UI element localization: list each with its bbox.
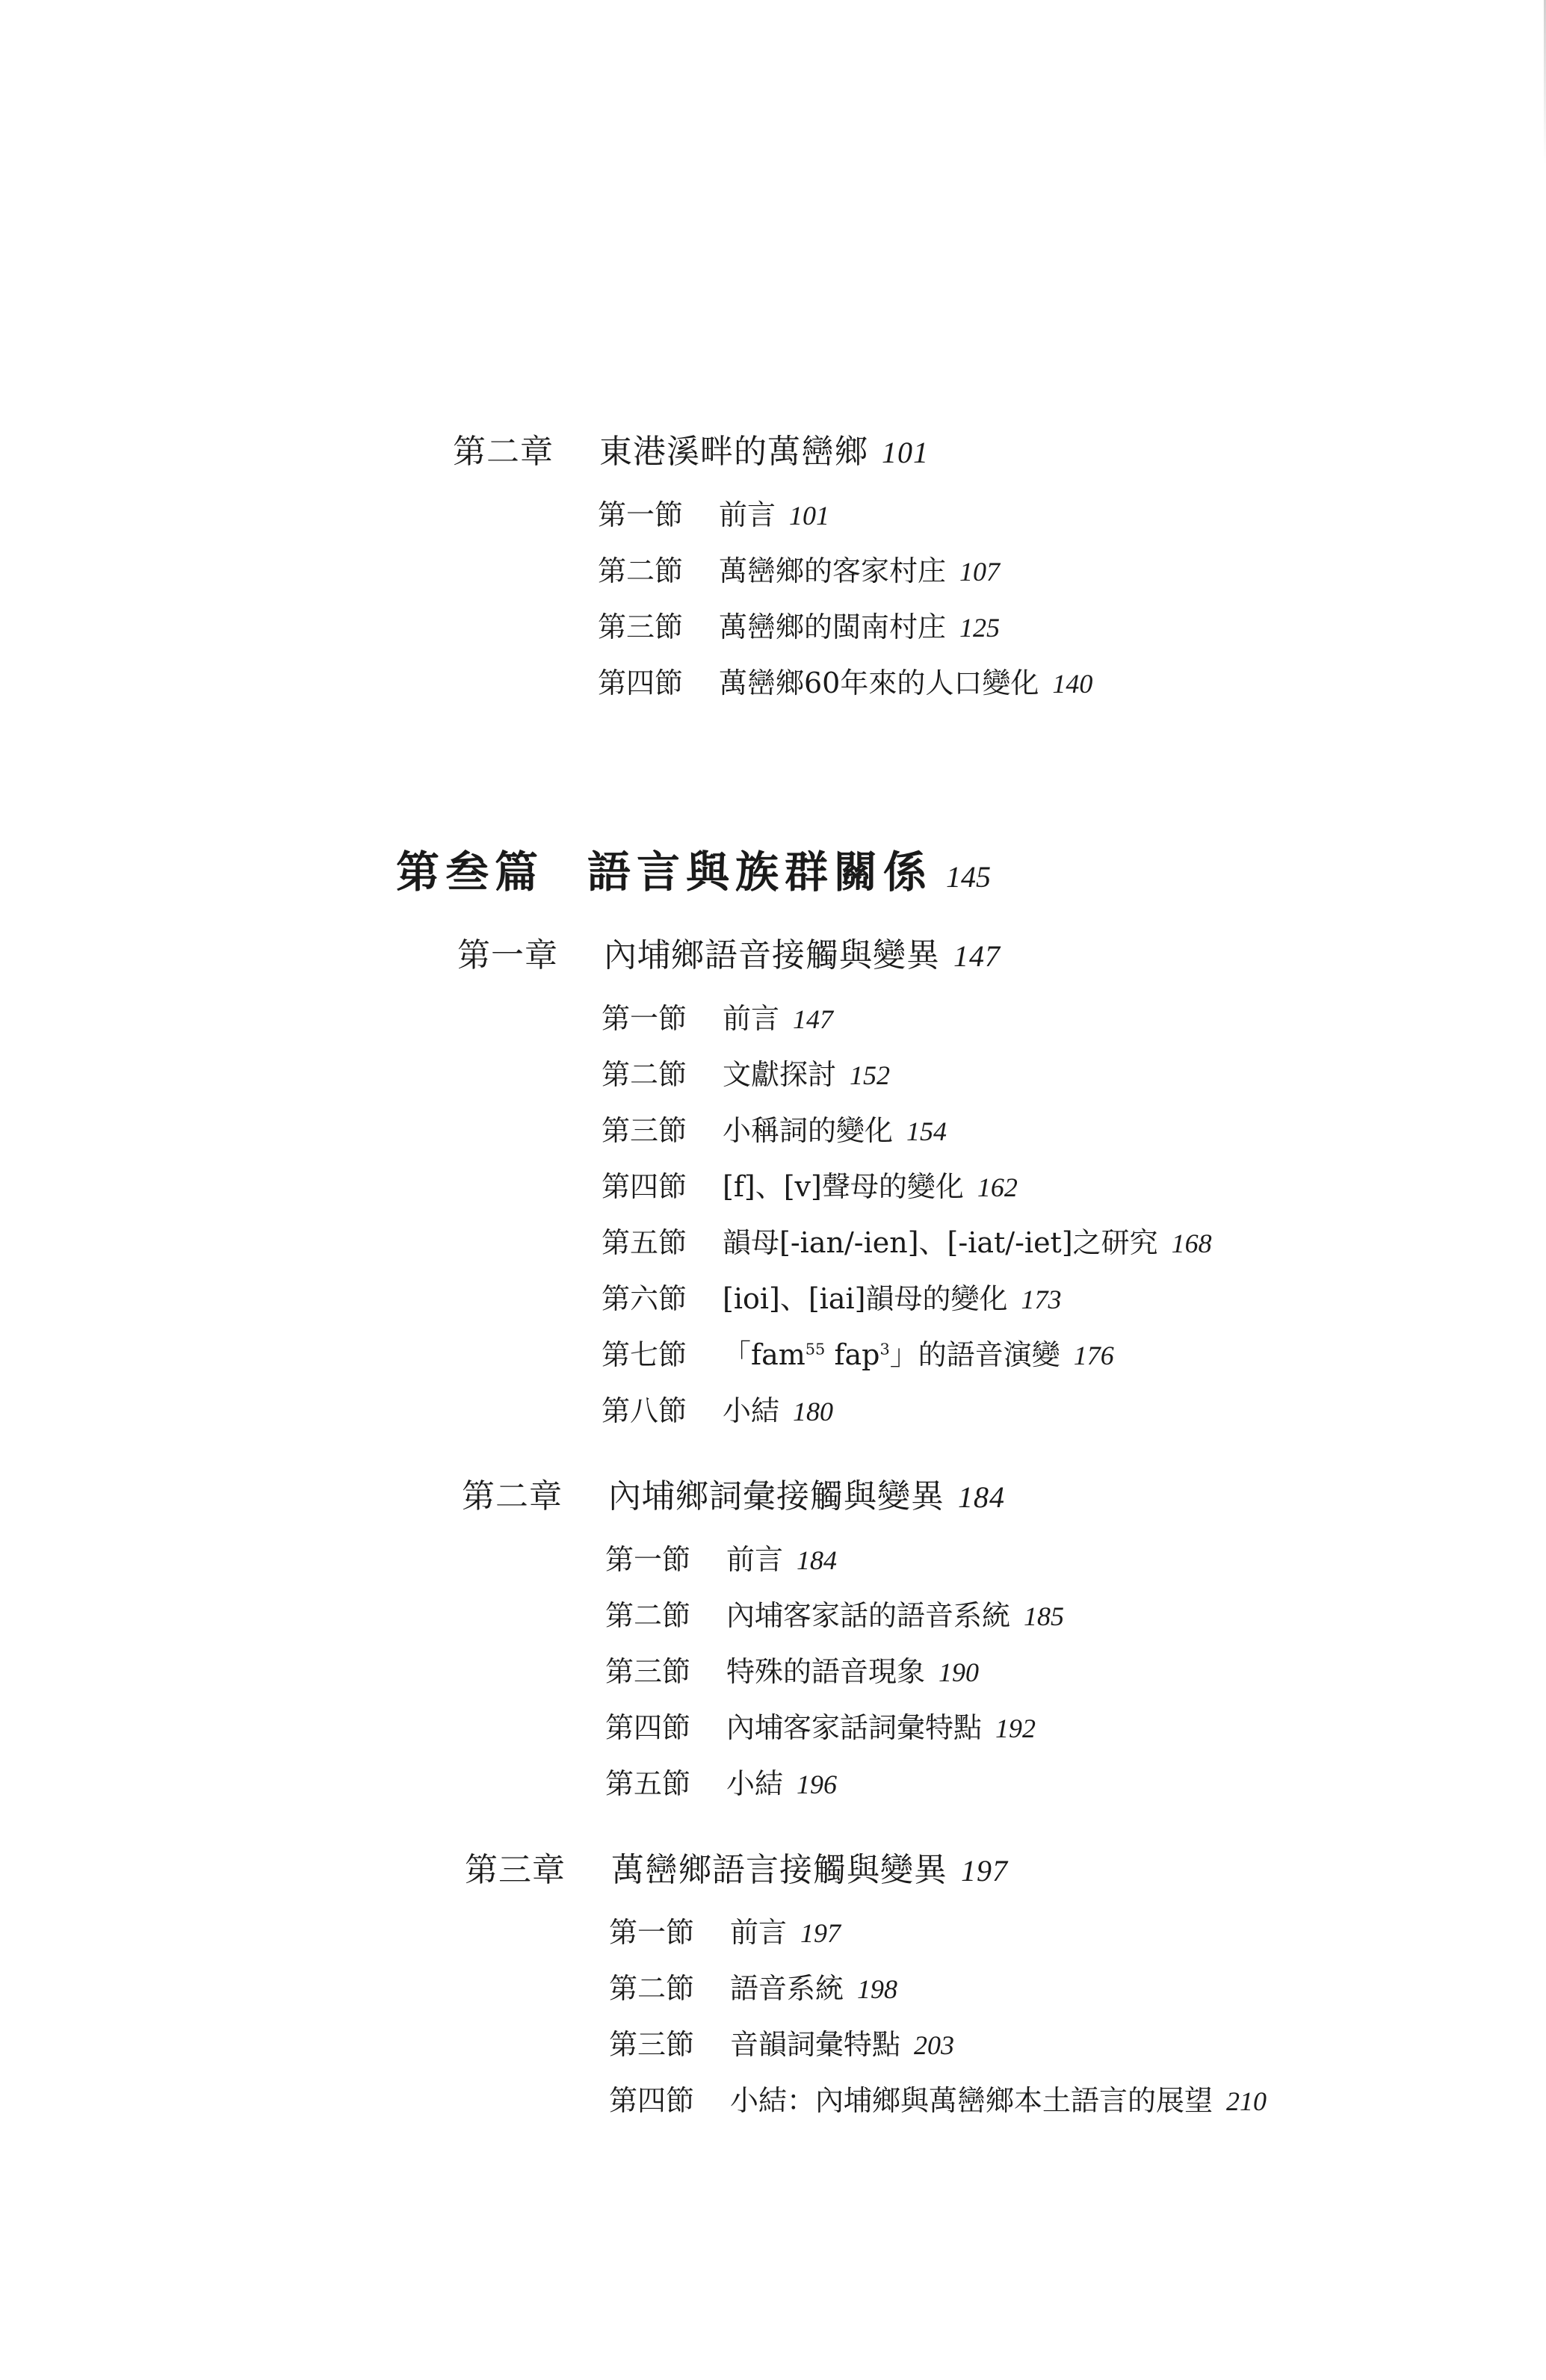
section-title: 小稱詞的變化 <box>723 1107 893 1149</box>
title-part: fap <box>825 1338 879 1371</box>
page-number: 203 <box>914 2030 954 2061</box>
page-number: 173 <box>1021 1284 1061 1315</box>
section-label: 第四節 <box>602 1163 723 1205</box>
toc-section[interactable]: 第一節 前言 197 <box>609 1909 841 1950</box>
section-label: 第一節 <box>598 492 719 533</box>
chapter-label: 第三章 <box>465 1843 611 1891</box>
chapter-label: 第二章 <box>462 1469 608 1517</box>
page-number: 210 <box>1226 2086 1267 2117</box>
toc-chapter[interactable]: 第一章 內埔鄉語音接觸與變異 147 <box>457 928 1001 976</box>
section-title: 特殊的語音現象 <box>726 1648 925 1690</box>
section-title: 「fam55 fap3」的語音演變 <box>723 1332 1060 1373</box>
section-title: 前言 <box>730 1909 787 1950</box>
section-title: 萬巒鄉的客家村庄 <box>719 548 946 589</box>
toc-section[interactable]: 第一節 前言 101 <box>598 492 829 533</box>
page-number: 176 <box>1074 1340 1114 1371</box>
page-number: 162 <box>977 1172 1018 1203</box>
toc-section[interactable]: 第六節 [ioi]、[iai]韻母的變化 173 <box>602 1276 1061 1317</box>
section-label: 第三節 <box>598 604 719 645</box>
page-number: 168 <box>1172 1228 1212 1259</box>
section-title: 萬巒鄉的閩南村庄 <box>719 604 946 645</box>
section-title: 韻母[-ian/-ien]、[-iat/-iet]之研究 <box>723 1220 1158 1261</box>
toc-section[interactable]: 第三節 特殊的語音現象 190 <box>605 1648 979 1690</box>
chapter-title: 內埔鄉語音接觸與變異 <box>604 928 940 976</box>
toc-section[interactable]: 第四節 [f]、[v]聲母的變化 162 <box>602 1163 1018 1205</box>
page-number: 196 <box>797 1769 837 1800</box>
toc-section[interactable]: 第二節 萬巒鄉的客家村庄 107 <box>598 548 1000 589</box>
toc-section[interactable]: 第四節 萬巒鄉60年來的人口變化 140 <box>598 660 1092 701</box>
section-title: 小結：內埔鄉與萬巒鄉本土語言的展望 <box>730 2077 1213 2118</box>
toc-section[interactable]: 第二節 內埔客家話的語音系統 185 <box>605 1592 1064 1633</box>
section-label: 第二節 <box>605 1592 726 1633</box>
page-number: 152 <box>850 1060 890 1091</box>
page-number: 185 <box>1024 1601 1064 1632</box>
section-title: [ioi]、[iai]韻母的變化 <box>723 1276 1007 1317</box>
section-label: 第二節 <box>609 1965 730 2006</box>
page-number: 145 <box>946 859 991 894</box>
page-number: 180 <box>793 1396 833 1427</box>
section-label: 第三節 <box>609 2021 730 2062</box>
section-label: 第三節 <box>605 1648 726 1690</box>
toc-section[interactable]: 第三節 音韻詞彙特點 203 <box>609 2021 954 2062</box>
section-label: 第一節 <box>609 1909 730 1950</box>
section-title: 內埔客家話詞彙特點 <box>726 1704 982 1746</box>
toc-section[interactable]: 第二節 文獻探討 152 <box>602 1051 890 1092</box>
page-number: 198 <box>857 1973 897 2005</box>
section-label: 第四節 <box>598 660 719 701</box>
tone-superscript: 55 <box>806 1340 826 1358</box>
tone-superscript: 3 <box>879 1340 889 1358</box>
section-label: 第四節 <box>609 2077 730 2118</box>
page-number: 197 <box>800 1917 841 1949</box>
toc-section[interactable]: 第一節 前言 184 <box>605 1536 837 1577</box>
page-number: 140 <box>1052 668 1092 699</box>
section-title: 小結 <box>726 1761 783 1802</box>
chapter-title: 東港溪畔的萬巒鄉 <box>599 424 868 472</box>
toc-section[interactable]: 第八節 小結 180 <box>602 1388 833 1429</box>
part-label: 第叁篇 <box>396 837 587 900</box>
section-label: 第七節 <box>602 1332 723 1373</box>
toc-chapter[interactable]: 第二章 東港溪畔的萬巒鄉 101 <box>453 424 929 472</box>
page-number: 197 <box>961 1853 1008 1888</box>
page-number: 107 <box>959 556 1000 587</box>
section-label: 第三節 <box>602 1107 723 1149</box>
section-label: 第五節 <box>605 1761 726 1802</box>
title-part: 「fam <box>723 1338 806 1371</box>
section-label: 第一節 <box>605 1536 726 1577</box>
toc-section[interactable]: 第一節 前言 147 <box>602 995 833 1036</box>
toc-section[interactable]: 第三節 小稱詞的變化 154 <box>602 1107 947 1149</box>
chapter-title: 內埔鄉詞彙接觸與變異 <box>608 1469 944 1517</box>
title-part: 」的語音演變 <box>890 1338 1060 1371</box>
section-title: [f]、[v]聲母的變化 <box>723 1163 964 1205</box>
toc-section[interactable]: 第二節 語音系統 198 <box>609 1965 897 2006</box>
toc-section[interactable]: 第四節 內埔客家話詞彙特點 192 <box>605 1704 1036 1746</box>
section-title: 小結 <box>723 1388 779 1429</box>
section-title: 音韻詞彙特點 <box>730 2021 900 2062</box>
section-label: 第二節 <box>602 1051 723 1092</box>
page-number: 192 <box>995 1713 1036 1744</box>
toc-section[interactable]: 第四節 小結：內埔鄉與萬巒鄉本土語言的展望 210 <box>609 2077 1267 2118</box>
page-number: 101 <box>882 435 929 470</box>
section-label: 第五節 <box>602 1220 723 1261</box>
section-title: 內埔客家話的語音系統 <box>726 1592 1010 1633</box>
chapter-title: 萬巒鄉語言接觸與變異 <box>611 1843 947 1891</box>
toc-chapter[interactable]: 第二章 內埔鄉詞彙接觸與變異 184 <box>462 1469 1005 1517</box>
toc-section[interactable]: 第三節 萬巒鄉的閩南村庄 125 <box>598 604 1000 645</box>
page-number: 147 <box>793 1004 833 1035</box>
part-title: 語言與族群關係 <box>587 837 933 900</box>
page-number: 190 <box>939 1657 979 1688</box>
section-title: 前言 <box>719 492 776 533</box>
section-title: 萬巒鄉60年來的人口變化 <box>719 660 1039 701</box>
section-title: 語音系統 <box>730 1965 844 2006</box>
section-label: 第四節 <box>605 1704 726 1746</box>
chapter-label: 第一章 <box>457 928 604 976</box>
section-title: 文獻探討 <box>723 1051 836 1092</box>
page-number: 101 <box>789 500 829 531</box>
page-number: 154 <box>906 1116 947 1147</box>
toc-section[interactable]: 第七節 「fam55 fap3」的語音演變 176 <box>602 1332 1114 1373</box>
section-title: 前言 <box>726 1536 783 1577</box>
page-number: 184 <box>958 1480 1005 1515</box>
toc-section[interactable]: 第五節 小結 196 <box>605 1761 837 1802</box>
toc-section[interactable]: 第五節 韻母[-ian/-ien]、[-iat/-iet]之研究 168 <box>602 1220 1212 1261</box>
chapter-label: 第二章 <box>453 424 599 472</box>
page-number: 125 <box>959 612 1000 643</box>
section-label: 第八節 <box>602 1388 723 1429</box>
section-label: 第一節 <box>602 995 723 1036</box>
section-title: 前言 <box>723 995 779 1036</box>
page-number: 184 <box>797 1545 837 1576</box>
section-label: 第二節 <box>598 548 719 589</box>
toc-chapter[interactable]: 第三章 萬巒鄉語言接觸與變異 197 <box>465 1843 1008 1891</box>
toc-part[interactable]: 第叁篇 語言與族群關係 145 <box>396 837 991 900</box>
page-number: 147 <box>953 939 1001 974</box>
section-label: 第六節 <box>602 1276 723 1317</box>
